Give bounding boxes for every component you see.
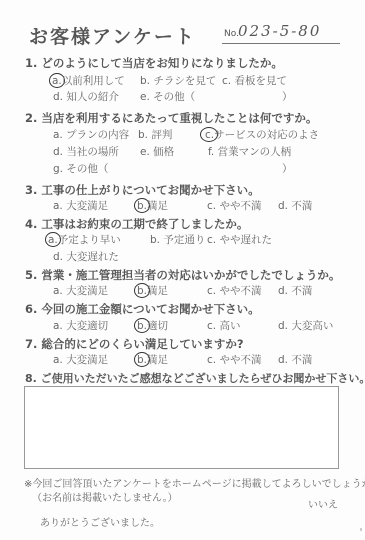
publish-question: ※今回ご回答頂いたアンケートをホームページに掲載してよろしいでしょうか。 xyxy=(24,475,365,490)
q7-option-d[interactable]: d. 不満 xyxy=(278,352,312,367)
q1-option-e[interactable]: e. その他（ xyxy=(140,89,195,104)
question-1: 1. どのようにして当店をお知りになりましたか。 xyxy=(25,55,283,71)
q6-option-d[interactable]: d. 大変高い xyxy=(278,318,333,333)
comment-box[interactable] xyxy=(24,386,339,469)
survey-form: お客様アンケート No. 023-5-80 1. どのようにして当店をお知りにな… xyxy=(0,0,365,540)
q4-option-a[interactable]: a.予定より早い xyxy=(48,232,121,247)
q7-option-c[interactable]: c. やや不満 xyxy=(207,352,261,367)
form-title: お客様アンケート xyxy=(29,22,196,49)
scan-speck xyxy=(360,528,362,531)
q3-option-d[interactable]: d. 不満 xyxy=(278,198,312,213)
name-note: （お名前は掲載いたしません。） xyxy=(32,489,178,504)
q5-option-c[interactable]: c. やや不満 xyxy=(207,283,261,298)
q2-option-e[interactable]: e. 価格 xyxy=(140,144,174,159)
q4-option-b[interactable]: b. 予定通り xyxy=(150,232,205,247)
q5-option-a[interactable]: a. 大変満足 xyxy=(53,283,108,298)
q7-option-b[interactable]: b.満足 xyxy=(137,352,168,367)
question-7: 7. 総合的にどのくらい満足していますか? xyxy=(25,336,244,352)
question-8: 8. ご使用いただいたご感想などございましたらぜひお聞かせ下さい。 xyxy=(25,370,365,386)
q4-option-c[interactable]: c. やや遅れた xyxy=(207,232,272,247)
q1-option-b[interactable]: b. チラシを見て xyxy=(140,73,216,88)
q1-option-a[interactable]: a.以前利用して xyxy=(52,73,125,88)
q3-option-b[interactable]: b.満足 xyxy=(137,198,168,213)
q5-option-b[interactable]: b.満足 xyxy=(137,283,168,298)
q2-option-f[interactable]: f. 営業マンの人柄 xyxy=(208,144,291,159)
form-number-label: No. xyxy=(224,29,239,39)
q3-option-a[interactable]: a. 大変満足 xyxy=(53,198,108,213)
q2-option-d[interactable]: d. 当社の場所 xyxy=(53,144,119,159)
question-4: 4. 工事はお約束の工期で終了しましたか。 xyxy=(25,216,248,232)
q2-option-g[interactable]: g. その他（ xyxy=(53,161,108,176)
question-2: 2. 当店を利用するにあたって重視したことは何ですか。 xyxy=(25,110,317,126)
q3-option-c[interactable]: c. やや不満 xyxy=(207,198,261,213)
question-6: 6. 今回の施工金額についてお聞かせ下さい。 xyxy=(25,301,260,317)
q6-option-a[interactable]: a. 大変適切 xyxy=(53,318,108,333)
question-3: 3. 工事の仕上がりについてお聞かせ下さい。 xyxy=(25,182,260,198)
question-5: 5. 営業・施工管理担当者の対応はいかがでしたでしょうか。 xyxy=(25,267,340,283)
form-number-field[interactable]: No. 023-5-80 xyxy=(222,24,340,44)
thanks-message: ありがとうございました。 xyxy=(40,514,160,529)
q6-option-c[interactable]: c. 高い xyxy=(207,318,240,333)
form-number-value: 023-5-80 xyxy=(238,22,321,40)
q7-option-a[interactable]: a. 大変満足 xyxy=(53,352,108,367)
q6-option-b[interactable]: b.適切 xyxy=(137,318,168,333)
q1-option-d[interactable]: d. 知人の紹介 xyxy=(53,89,119,104)
q2-option-g-close: ） xyxy=(282,161,293,176)
q4-option-d[interactable]: d. 大変遅れた xyxy=(53,249,119,264)
q2-option-c[interactable]: c.サービスの対応のよさ xyxy=(205,127,319,142)
q5-option-d[interactable]: d. 不満 xyxy=(278,283,312,298)
q2-option-b[interactable]: b. 評判 xyxy=(138,127,172,142)
answer-no[interactable]: いいえ xyxy=(308,496,338,511)
q1-option-c[interactable]: c. 看板を見て xyxy=(222,73,287,88)
q2-option-a[interactable]: a. プランの内容 xyxy=(53,127,129,142)
q1-option-e-close: ） xyxy=(282,89,293,104)
